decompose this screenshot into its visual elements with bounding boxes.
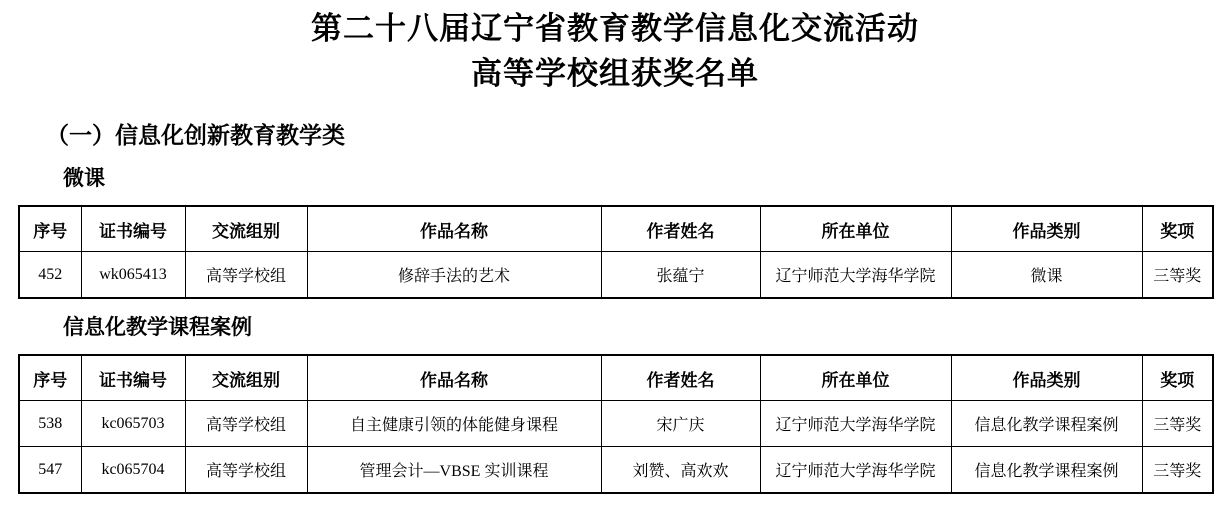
title-line-1: 第二十八届辽宁省教育教学信息化交流活动 — [0, 6, 1230, 51]
table-subheading: 信息化教学课程案例 — [63, 315, 1230, 341]
cell-serial: 538 — [19, 401, 81, 447]
column-header-award: 奖项 — [1142, 206, 1213, 252]
cell-award: 三等奖 — [1142, 252, 1213, 299]
cell-group: 高等学校组 — [185, 252, 307, 299]
title-line-2: 高等学校组获奖名单 — [0, 51, 1230, 96]
column-header-work-title: 作品名称 — [307, 206, 601, 252]
award-table: 序号证书编号交流组别作品名称作者姓名所在单位作品类别奖项538kc065703高… — [18, 354, 1214, 494]
cell-work-category: 微课 — [951, 252, 1142, 299]
cell-institution: 辽宁师范大学海华学院 — [760, 447, 951, 494]
tables-container: 微课序号证书编号交流组别作品名称作者姓名所在单位作品类别奖项452wk06541… — [0, 166, 1230, 494]
page-title: 第二十八届辽宁省教育教学信息化交流活动 高等学校组获奖名单 — [0, 0, 1230, 96]
cell-work-title: 修辞手法的艺术 — [307, 252, 601, 299]
column-header-group: 交流组别 — [185, 355, 307, 401]
cell-certificate-no: kc065704 — [81, 447, 185, 494]
table-subheading: 微课 — [63, 166, 1230, 192]
column-header-serial: 序号 — [19, 355, 81, 401]
award-table: 序号证书编号交流组别作品名称作者姓名所在单位作品类别奖项452wk065413高… — [18, 205, 1214, 299]
cell-author: 刘赞、高欢欢 — [601, 447, 760, 494]
column-header-work-title: 作品名称 — [307, 355, 601, 401]
cell-institution: 辽宁师范大学海华学院 — [760, 401, 951, 447]
column-header-award: 奖项 — [1142, 355, 1213, 401]
cell-group: 高等学校组 — [185, 401, 307, 447]
column-header-certificate-no: 证书编号 — [81, 355, 185, 401]
column-header-work-category: 作品类别 — [951, 206, 1142, 252]
cell-serial: 452 — [19, 252, 81, 299]
cell-institution: 辽宁师范大学海华学院 — [760, 252, 951, 299]
cell-work-title: 管理会计—VBSE 实训课程 — [307, 447, 601, 494]
cell-work-title: 自主健康引领的体能健身课程 — [307, 401, 601, 447]
column-header-author: 作者姓名 — [601, 206, 760, 252]
table-row: 547kc065704高等学校组管理会计—VBSE 实训课程刘赞、高欢欢辽宁师范… — [19, 447, 1213, 494]
column-header-certificate-no: 证书编号 — [81, 206, 185, 252]
cell-certificate-no: wk065413 — [81, 252, 185, 299]
cell-certificate-no: kc065703 — [81, 401, 185, 447]
table-row: 452wk065413高等学校组修辞手法的艺术张蕴宁辽宁师范大学海华学院微课三等… — [19, 252, 1213, 299]
header-row: 序号证书编号交流组别作品名称作者姓名所在单位作品类别奖项 — [19, 206, 1213, 252]
header-row: 序号证书编号交流组别作品名称作者姓名所在单位作品类别奖项 — [19, 355, 1213, 401]
section-heading: （一）信息化创新教育教学类 — [46, 120, 1230, 150]
column-header-group: 交流组别 — [185, 206, 307, 252]
cell-award: 三等奖 — [1142, 447, 1213, 494]
table-row: 538kc065703高等学校组自主健康引领的体能健身课程宋广庆辽宁师范大学海华… — [19, 401, 1213, 447]
document-page: 第二十八届辽宁省教育教学信息化交流活动 高等学校组获奖名单 （一）信息化创新教育… — [0, 0, 1230, 532]
column-header-work-category: 作品类别 — [951, 355, 1142, 401]
cell-author: 张蕴宁 — [601, 252, 760, 299]
cell-group: 高等学校组 — [185, 447, 307, 494]
column-header-author: 作者姓名 — [601, 355, 760, 401]
cell-serial: 547 — [19, 447, 81, 494]
cell-award: 三等奖 — [1142, 401, 1213, 447]
column-header-institution: 所在单位 — [760, 355, 951, 401]
cell-author: 宋广庆 — [601, 401, 760, 447]
column-header-institution: 所在单位 — [760, 206, 951, 252]
cell-work-category: 信息化教学课程案例 — [951, 447, 1142, 494]
column-header-serial: 序号 — [19, 206, 81, 252]
cell-work-category: 信息化教学课程案例 — [951, 401, 1142, 447]
